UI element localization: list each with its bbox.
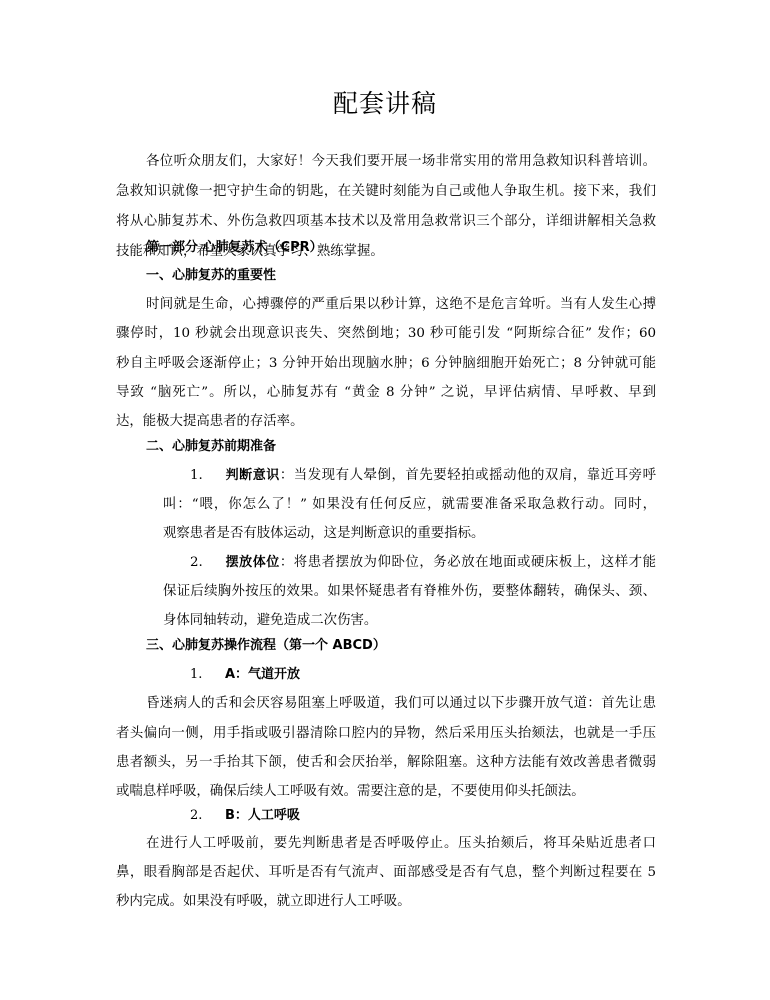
step-a-heading: 1.A：气道开放 — [190, 665, 300, 685]
section2-item-2-line-2: 保证后续胸外按压的效果。如果怀疑患者有脊椎外伤，要整体翻转，确保头、颈、 — [163, 582, 656, 602]
section1-heading: 一、心肺复苏的重要性 — [146, 266, 276, 286]
intro-line-1: 各位听众朋友们，大家好！今天我们要开展一场非常实用的常用急救知识科普培训。 — [146, 152, 656, 172]
intro-line-2: 急救知识就像一把守护生命的钥匙，在关键时刻能为自己或他人争取生机。接下来，我们 — [116, 182, 656, 202]
item-label: 判断意识 — [225, 468, 280, 483]
step-a-line-1: 昏迷病人的舌和会厌容易阻塞上呼吸道，我们可以通过以下步骤开放气道：首先让患 — [146, 694, 656, 714]
step-a-line-3: 患者额头，另一手抬其下颌，使舌和会厌抬举，解除阻塞。这种方法能有效改善患者微弱 — [116, 753, 656, 773]
item-text: ：当发现有人晕倒，首先要轻拍或摇动他的双肩，靠近耳旁呼 — [280, 468, 656, 483]
item-number: 1. — [190, 466, 225, 486]
section2-item-1-line-2: 叫：“喂，你怎么了！” 如果没有任何反应，就需要准备采取急救行动。同时， — [163, 495, 656, 515]
step-a-line-4: 或喘息样呼吸，确保后续人工呼吸有效。需要注意的是，不要使用仰头托颌法。 — [116, 782, 656, 802]
step-b-line-3: 秒内完成。如果没有呼吸，就立即进行人工呼吸。 — [116, 892, 656, 912]
section3-heading: 三、心肺复苏操作流程（第一个 ABCD） — [146, 636, 386, 656]
item-label: 摆放体位 — [225, 555, 280, 570]
step-label: A：气道开放 — [225, 667, 300, 682]
step-b-line-1: 在进行人工呼吸前，要先判断患者是否呼吸停止。压头抬颏后，将耳朵贴近患者口 — [146, 834, 656, 854]
step-label: B：人工呼吸 — [225, 808, 300, 823]
section1-line-1: 时间就是生命，心搏骤停的严重后果以秒计算，这绝不是危言耸听。当有人发生心搏 — [146, 295, 656, 315]
section2-item-1: 1.判断意识：当发现有人晕倒，首先要轻拍或摇动他的双肩，靠近耳旁呼 — [190, 466, 656, 486]
section2-item-2: 2.摆放体位：将患者摆放为仰卧位，务必放在地面或硬床板上，这样才能 — [190, 553, 656, 573]
document-page: 配套讲稿 各位听众朋友们，大家好！今天我们要开展一场非常实用的常用急救知识科普培… — [0, 0, 770, 1000]
intro-line-3: 将从心肺复苏术、外伤急救四项基本技术以及常用急救常识三个部分，详细讲解相关急救 — [116, 212, 656, 232]
document-title: 配套讲稿 — [0, 88, 770, 120]
item-text: ：将患者摆放为仰卧位，务必放在地面或硬床板上，这样才能 — [280, 555, 656, 570]
step-number: 2. — [190, 806, 225, 826]
step-b-line-2: 鼻，眼看胸部是否起伏、耳听是否有气流声、面部感受是否有气息，整个判断过程要在 5 — [116, 863, 656, 883]
section1-line-3: 秒自主呼吸会逐渐停止；3 分钟开始出现脑水肿；6 分钟脑细胞开始死亡；8 分钟就… — [116, 354, 656, 374]
section2-heading: 二、心肺复苏前期准备 — [146, 437, 276, 457]
step-number: 1. — [190, 665, 225, 685]
step-b-heading: 2.B：人工呼吸 — [190, 806, 300, 826]
step-a-line-2: 者头偏向一侧，用手指或吸引器清除口腔内的异物，然后采用压头抬颏法，也就是一手压 — [116, 724, 656, 744]
item-number: 2. — [190, 553, 225, 573]
section1-line-4: 导致 “脑死亡”。所以，心肺复苏有 “黄金 8 分钟” 之说，早评估病情、早呼救… — [116, 383, 656, 403]
section2-item-2-line-3: 身体同轴转动，避免造成二次伤害。 — [163, 611, 656, 631]
section1-line-5: 达，能极大提高患者的存活率。 — [116, 412, 656, 432]
section1-line-2: 骤停时，10 秒就会出现意识丧失、突然倒地；30 秒可能引发 “阿斯综合征” 发… — [116, 324, 656, 344]
section2-item-1-line-3: 观察患者是否有肢体运动，这是判断意识的重要指标。 — [163, 524, 656, 544]
part1-heading: 第一部分 心肺复苏术（CPR） — [146, 238, 323, 258]
